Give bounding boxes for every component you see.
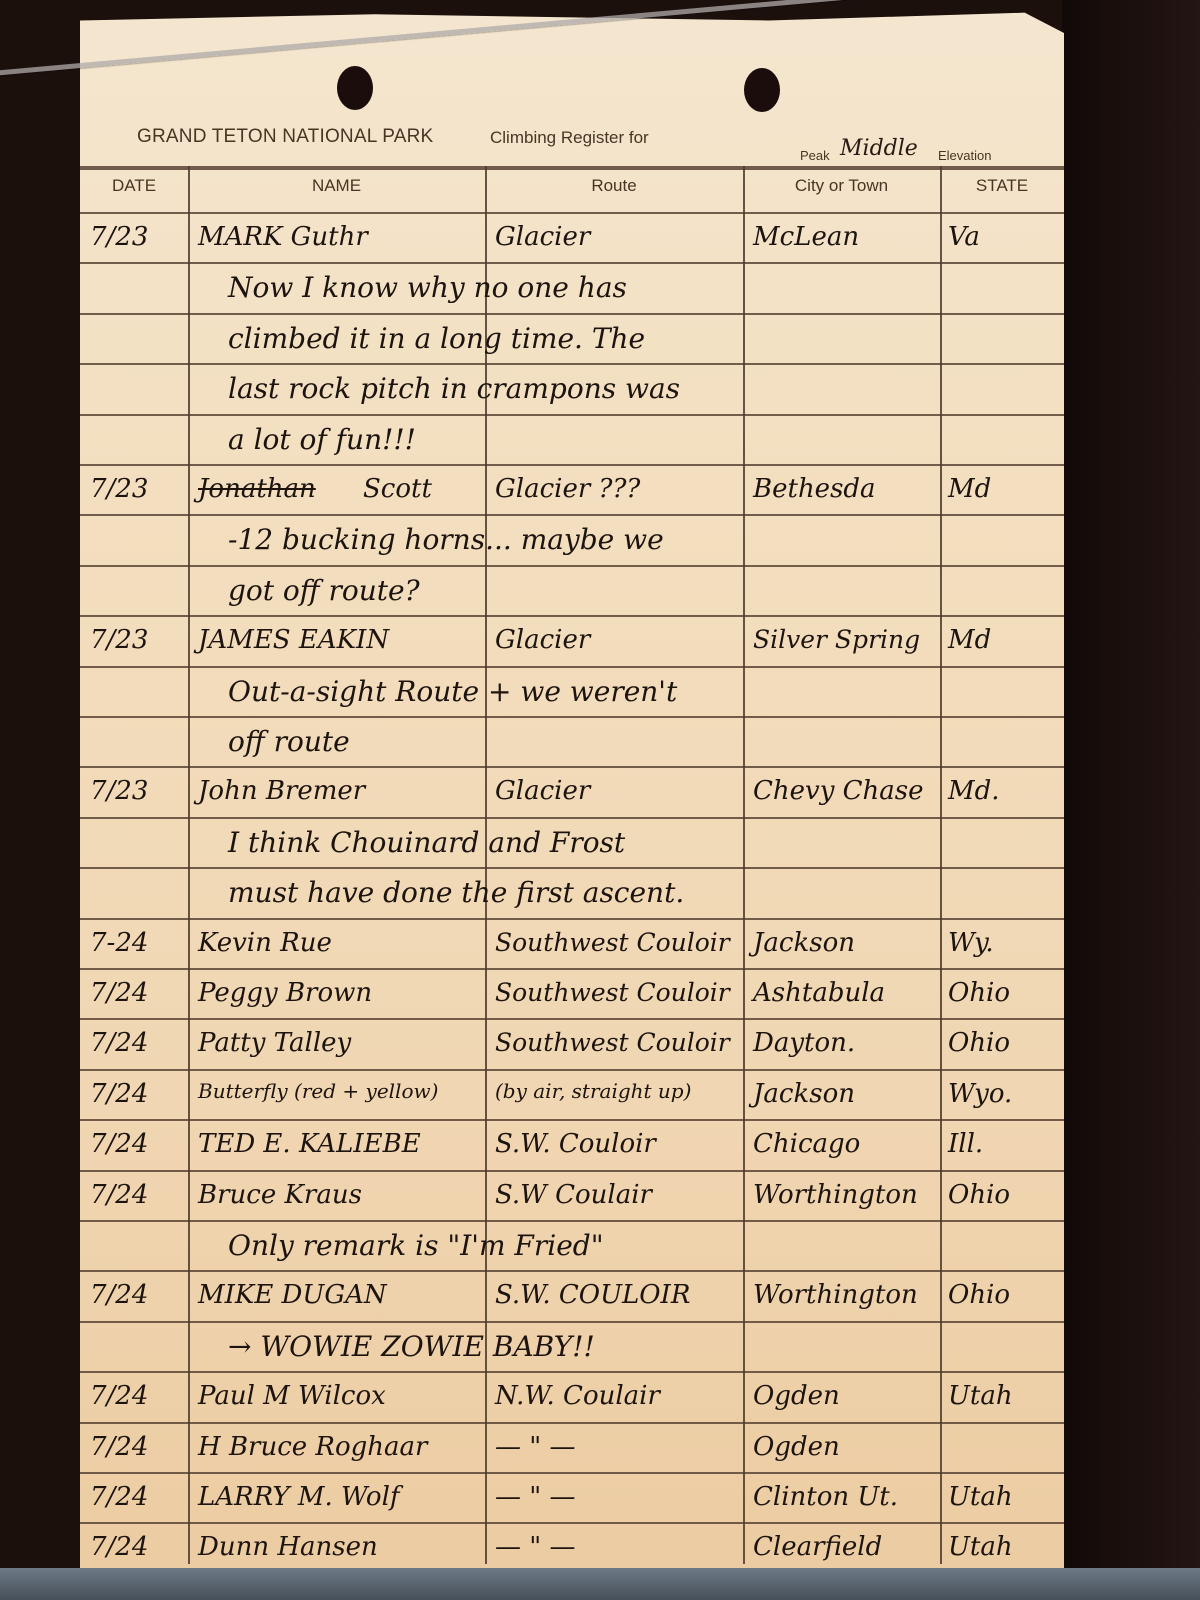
entry-date: 7/24 xyxy=(90,1383,148,1409)
entry-date: 7/24 xyxy=(90,1131,148,1157)
entry-name: TED E. KALIEBE xyxy=(198,1131,421,1157)
entry-city: Ashtabula xyxy=(753,980,885,1006)
ruled-line xyxy=(80,464,1064,466)
entry-name: Butterfly (red + yellow) xyxy=(198,1081,438,1101)
ruled-line xyxy=(80,817,1064,819)
ruled-line xyxy=(80,968,1064,970)
bottom-edge xyxy=(0,1568,1200,1600)
ruled-line xyxy=(80,1018,1064,1020)
entry-state: Wyo. xyxy=(948,1081,1012,1107)
entry-date: 7/24 xyxy=(90,1030,148,1056)
ruled-line xyxy=(80,414,1064,416)
entry-state: Md. xyxy=(948,778,1000,804)
column-divider xyxy=(188,166,190,1564)
entry-remark: Out-a-sight Route + we weren't xyxy=(228,678,677,706)
dark-background xyxy=(1062,0,1200,1600)
entry-remark: got off route? xyxy=(228,577,420,605)
entry-name: LARRY M. Wolf xyxy=(198,1484,400,1510)
entry-state: Utah xyxy=(948,1534,1013,1560)
entry-city: Worthington xyxy=(753,1282,918,1308)
entry-route: S.W. Couloir xyxy=(495,1131,656,1157)
entry-state: Ohio xyxy=(948,1282,1010,1308)
entry-city: Dayton. xyxy=(753,1030,855,1056)
column-divider xyxy=(940,166,942,1564)
entry-state: Wy. xyxy=(948,930,994,956)
entry-remark: last rock pitch in crampons was xyxy=(228,375,680,403)
entry-name: Patty Talley xyxy=(198,1030,351,1056)
ruled-line xyxy=(80,918,1064,920)
entry-date: 7/24 xyxy=(90,1182,148,1208)
entry-state: Ill. xyxy=(948,1131,983,1157)
entry-date: 7/23 xyxy=(90,627,148,653)
entry-route: — " — xyxy=(495,1434,576,1460)
ruled-line xyxy=(80,212,1064,214)
entry-state: Utah xyxy=(948,1383,1013,1409)
entry-date: 7/24 xyxy=(90,1081,148,1107)
entry-name: Scott xyxy=(363,476,432,502)
entry-state: Md xyxy=(948,476,991,502)
entry-city: Clearfield xyxy=(753,1534,882,1560)
ruled-line xyxy=(80,766,1064,768)
entry-date: 7/24 xyxy=(90,1282,148,1308)
column-header-city: City or Town xyxy=(743,176,940,196)
entry-name: Bruce Kraus xyxy=(198,1182,362,1208)
ruled-line xyxy=(80,615,1064,617)
entry-state: Utah xyxy=(948,1484,1013,1510)
header-rule xyxy=(80,166,1064,170)
column-header-date: DATE xyxy=(80,176,188,196)
ruled-line xyxy=(80,313,1064,315)
entry-name: H Bruce Roghaar xyxy=(198,1434,427,1460)
ruled-line xyxy=(80,867,1064,869)
entry-city: Bethesda xyxy=(753,476,876,502)
entry-route: N.W. Coulair xyxy=(495,1383,660,1409)
entry-remark: climbed it in a long time. The xyxy=(228,325,645,353)
ruled-line xyxy=(80,1422,1064,1424)
entry-remark: Now I know why no one has xyxy=(228,274,627,302)
entry-state: Ohio xyxy=(948,980,1010,1006)
entry-city: Silver Spring xyxy=(753,627,920,652)
entry-date: 7/24 xyxy=(90,1534,148,1560)
entry-state: Ohio xyxy=(948,1182,1010,1208)
ruled-line xyxy=(80,666,1064,668)
entry-name: Peggy Brown xyxy=(198,980,372,1006)
entry-route: Glacier xyxy=(495,224,590,250)
entry-route: S.W Coulair xyxy=(495,1182,652,1208)
ruled-line xyxy=(80,1170,1064,1172)
ruled-line xyxy=(80,716,1064,718)
entry-city: Jackson xyxy=(753,930,855,956)
entry-name: MIKE DUGAN xyxy=(198,1282,387,1308)
entry-route: (by air, straight up) xyxy=(495,1081,691,1101)
ruled-line xyxy=(80,1220,1064,1222)
entry-city: McLean xyxy=(753,224,859,250)
entry-date: 7/24 xyxy=(90,980,148,1006)
entry-remark: → WOWIE ZOWIE BABY!! xyxy=(228,1333,595,1361)
entry-name: John Bremer xyxy=(198,778,365,804)
ruled-line xyxy=(80,1321,1064,1323)
entry-route: Glacier ??? xyxy=(495,476,640,502)
entry-state: Ohio xyxy=(948,1030,1010,1056)
entry-remark: a lot of fun!!! xyxy=(228,426,416,454)
ruled-line xyxy=(80,262,1064,264)
entry-date: 7/24 xyxy=(90,1484,148,1510)
ruled-line xyxy=(80,363,1064,365)
entry-remark: -12 bucking horns... maybe we xyxy=(228,526,664,554)
entry-name-struck: Jonathan xyxy=(198,476,316,502)
entry-remark: I think Chouinard and Frost xyxy=(228,829,625,857)
column-header-state: STATE xyxy=(940,176,1064,196)
entry-route: Southwest Couloir xyxy=(495,1030,730,1055)
entry-name: MARK Guthr xyxy=(198,224,368,250)
ruled-line xyxy=(80,1472,1064,1474)
entry-city: Chicago xyxy=(753,1131,860,1157)
ruled-line xyxy=(80,1371,1064,1373)
entry-route: S.W. COULOIR xyxy=(495,1282,690,1308)
entry-city: Ogden xyxy=(753,1383,840,1409)
entry-route: Southwest Couloir xyxy=(495,930,730,955)
entry-date: 7/23 xyxy=(90,476,148,502)
entry-route: Glacier xyxy=(495,627,590,653)
entry-route: — " — xyxy=(495,1534,576,1560)
entry-state: Va xyxy=(948,224,980,250)
entry-date: 7-24 xyxy=(90,930,148,956)
entry-city: Jackson xyxy=(753,1081,855,1107)
entry-date: 7/23 xyxy=(90,778,148,804)
entry-name: Dunn Hansen xyxy=(198,1534,378,1560)
entry-city: Clinton Ut. xyxy=(753,1484,898,1510)
entry-name: JAMES EAKIN xyxy=(198,627,389,653)
entry-city: Worthington xyxy=(753,1182,918,1208)
entry-state: Md xyxy=(948,627,991,653)
entry-name: Kevin Rue xyxy=(198,930,332,956)
ruled-line xyxy=(80,565,1064,567)
entry-remark: off route xyxy=(228,728,350,756)
ruled-line xyxy=(80,514,1064,516)
climbing-register-sheet: GRAND TETON NATIONAL PARK Climbing Regis… xyxy=(80,8,1064,1568)
ruled-line xyxy=(80,1522,1064,1524)
entry-city: Chevy Chase xyxy=(753,778,924,804)
column-divider xyxy=(743,166,745,1564)
ruled-line xyxy=(80,1119,1064,1121)
entry-date: 7/23 xyxy=(90,224,148,250)
column-header-name: NAME xyxy=(188,176,485,196)
entry-route: Glacier xyxy=(495,778,590,804)
entry-route: — " — xyxy=(495,1484,576,1510)
entry-remark: Only remark is "I'm Fried" xyxy=(228,1232,604,1260)
entry-remark: must have done the first ascent. xyxy=(228,879,684,907)
register-table: DATENAMERouteCity or TownSTATE7/23MARK G… xyxy=(80,8,1064,1568)
entry-city: Ogden xyxy=(753,1434,840,1460)
entry-date: 7/24 xyxy=(90,1434,148,1460)
ruled-line xyxy=(80,1270,1064,1272)
entry-name: Paul M Wilcox xyxy=(198,1383,386,1409)
entry-route: Southwest Couloir xyxy=(495,980,730,1005)
column-header-route: Route xyxy=(485,176,743,196)
ruled-line xyxy=(80,1069,1064,1071)
